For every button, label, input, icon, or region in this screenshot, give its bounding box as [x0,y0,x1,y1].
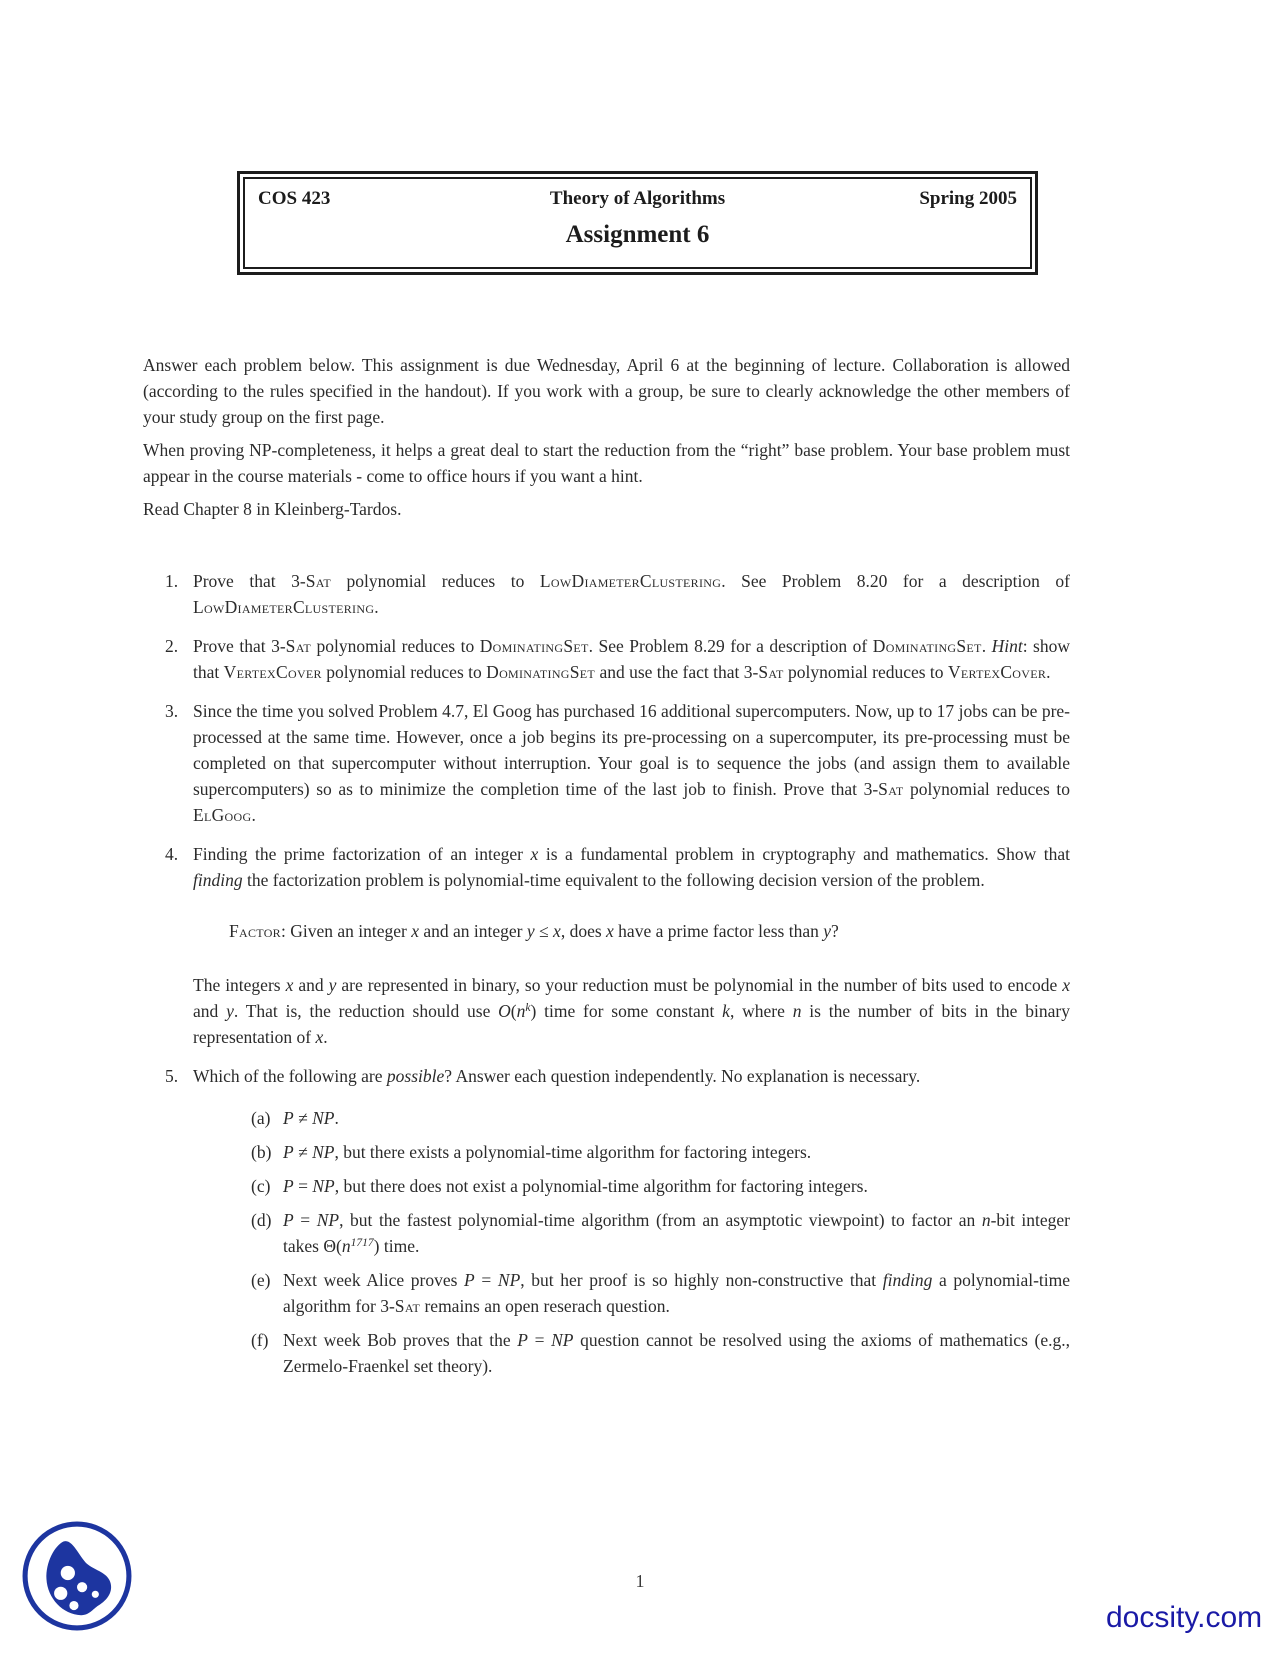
option-label: (f) [251,1327,268,1353]
option-text: P = NP, but there does not exist a polyn… [283,1173,1070,1199]
intro-paragraph-2: When proving NP-completeness, it helps a… [143,437,1070,489]
problem-text: Which of the following are possible? Ans… [193,1063,1070,1089]
problem-text: Finding the prime factorization of an in… [193,841,1070,893]
option-item-c: (c) P = NP, but there does not exist a p… [193,1173,1070,1199]
page-number: 1 [0,1571,1280,1592]
option-label: (c) [251,1173,270,1199]
course-code: COS 423 [258,188,448,210]
docsity-watermark-link[interactable]: docsity.com [1106,1601,1262,1635]
problem-number: 5. [165,1063,178,1089]
option-item-e: (e) Next week Alice proves P = NP, but h… [193,1267,1070,1319]
option-text: Next week Alice proves P = NP, but her p… [283,1267,1070,1319]
problem-number: 2. [165,633,178,659]
option-text: P = NP, but the fastest polynomial-time … [283,1207,1070,1259]
assignment-header-inner: COS 423 Theory of Algorithms Spring 2005… [243,177,1032,269]
problem-item-5: 5. Which of the following are possible? … [143,1063,1070,1379]
problem-text: Prove that 3-Sat polynomial reduces to L… [193,568,1070,620]
assignment-title: Assignment 6 [258,221,1017,249]
option-item-a: (a) P ≠ NP. [193,1105,1070,1131]
problem-number: 4. [165,841,178,867]
course-title: Theory of Algorithms [448,188,828,210]
problems-list: 1. Prove that 3-Sat polynomial reduces t… [143,568,1070,1379]
problem-number: 1. [165,568,178,594]
document-page: COS 423 Theory of Algorithms Spring 2005… [0,0,1280,1656]
problem-item-4: 4. Finding the prime factorization of an… [143,841,1070,1050]
option-item-d: (d) P = NP, but the fastest polynomial-t… [193,1207,1070,1259]
problem-text: Prove that 3-Sat polynomial reduces to D… [193,633,1070,685]
assignment-header-box: COS 423 Theory of Algorithms Spring 2005… [237,171,1038,275]
option-item-b: (b) P ≠ NP, but there exists a polynomia… [193,1139,1070,1165]
option-item-f: (f) Next week Bob proves that the P = NP… [193,1327,1070,1379]
option-label: (a) [251,1105,270,1131]
intro-paragraph-1: Answer each problem below. This assignme… [143,352,1070,430]
intro-paragraph-3: Read Chapter 8 in Kleinberg-Tardos. [143,496,1070,522]
document-body: Answer each problem below. This assignme… [143,352,1070,1392]
factor-statement: Factor: Given an integer x and an intege… [229,918,1070,944]
option-text: Next week Bob proves that the P = NP que… [283,1327,1070,1379]
term-label: Spring 2005 [827,188,1017,210]
problem-item-1: 1. Prove that 3-Sat polynomial reduces t… [143,568,1070,620]
options-list: (a) P ≠ NP. (b) P ≠ NP, but there exists… [193,1105,1070,1379]
problem-item-2: 2. Prove that 3-Sat polynomial reduces t… [143,633,1070,685]
option-label: (d) [251,1207,271,1233]
problem-text: Since the time you solved Problem 4.7, E… [193,698,1070,828]
option-text: P ≠ NP. [283,1105,1070,1131]
option-label: (b) [251,1139,271,1165]
option-text: P ≠ NP, but there exists a polynomial-ti… [283,1139,1070,1165]
header-row: COS 423 Theory of Algorithms Spring 2005 [258,188,1017,210]
binary-paragraph: The integers x and y are represented in … [193,972,1070,1050]
problem-number: 3. [165,698,178,724]
option-label: (e) [251,1267,270,1293]
problem-item-3: 3. Since the time you solved Problem 4.7… [143,698,1070,828]
